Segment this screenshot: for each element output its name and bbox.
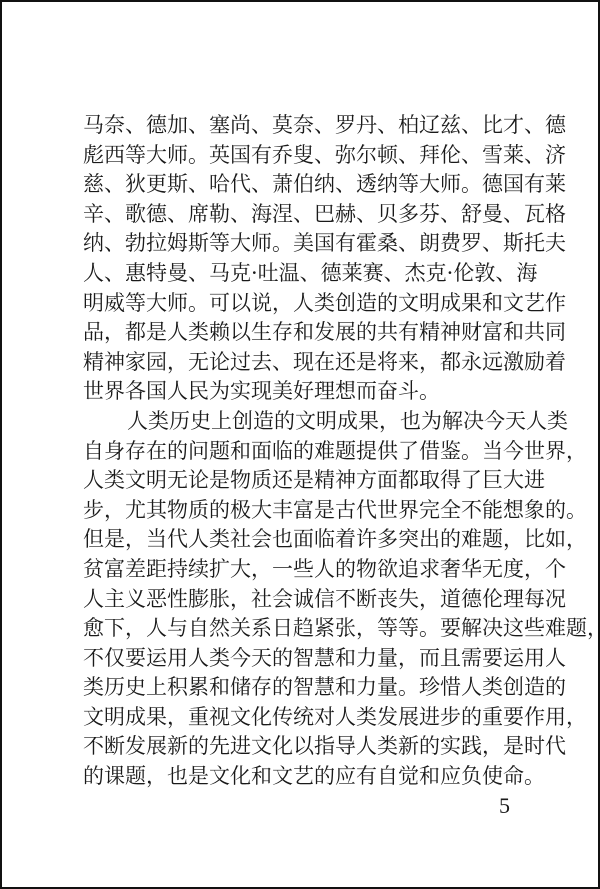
- text-line: 类历史上积累和储存的智慧和力量。珍惜人类创造的: [83, 673, 525, 703]
- text-line: 人类文明无论是物质还是精神方面都取得了巨大进: [83, 466, 525, 496]
- page-number: 5: [499, 793, 510, 819]
- text-line: 精神家园，无论过去、现在还是将来，都永远激励着: [83, 348, 525, 378]
- text-line: 辛、歌德、席勒、海涅、巴赫、贝多芬、舒曼、瓦格: [83, 200, 525, 230]
- text-line: 文明成果，重视文化传统对人类发展进步的重要作用，: [83, 703, 525, 733]
- book-page: 马奈、德加、塞尚、莫奈、罗丹、柏辽兹、比才、德 彪西等大师。英国有乔叟、弥尔顿、…: [0, 0, 600, 889]
- paragraph-1: 马奈、德加、塞尚、莫奈、罗丹、柏辽兹、比才、德 彪西等大师。英国有乔叟、弥尔顿、…: [83, 111, 525, 407]
- text-line: 品，都是人类赖以生存和发展的共有精神财富和共同: [83, 318, 525, 348]
- paragraph-2: 人类历史上创造的文明成果，也为解决今天人类 自身存在的问题和面临的难题提供了借鉴…: [83, 407, 525, 792]
- text-line: 人、惠特曼、马克·吐温、德莱赛、杰克·伦敦、海: [83, 259, 525, 289]
- text-line: 人主义恶性膨胀，社会诚信不断丧失，道德伦理每况: [83, 585, 525, 615]
- text-line: 自身存在的问题和面临的难题提供了借鉴。当今世界，: [83, 437, 525, 467]
- text-line: 纳、勃拉姆斯等大师。美国有霍桑、朗费罗、斯托夫: [83, 229, 525, 259]
- text-line: 世界各国人民为实现美好理想而奋斗。: [83, 377, 525, 407]
- text-line: 彪西等大师。英国有乔叟、弥尔顿、拜伦、雪莱、济: [83, 141, 525, 171]
- text-line: 不仅要运用人类今天的智慧和力量，而且需要运用人: [83, 644, 525, 674]
- body-text: 马奈、德加、塞尚、莫奈、罗丹、柏辽兹、比才、德 彪西等大师。英国有乔叟、弥尔顿、…: [83, 111, 525, 792]
- text-line: 但是，当代人类社会也面临着许多突出的难题，比如，: [83, 525, 525, 555]
- text-line: 的课题，也是文化和文艺的应有自觉和应负使命。: [83, 762, 525, 792]
- text-line: 慈、狄更斯、哈代、萧伯纳、透纳等大师。德国有莱: [83, 170, 525, 200]
- text-line: 步，尤其物质的极大丰富是古代世界完全不能想象的。: [83, 496, 525, 526]
- text-line: 不断发展新的先进文化以指导人类新的实践，是时代: [83, 732, 525, 762]
- text-line: 贫富差距持续扩大，一些人的物欲追求奢华无度，个: [83, 555, 525, 585]
- text-line: 马奈、德加、塞尚、莫奈、罗丹、柏辽兹、比才、德: [83, 111, 525, 141]
- text-line: 愈下，人与自然关系日趋紧张，等等。要解决这些难题，: [83, 614, 525, 644]
- text-line: 明威等大师。可以说，人类创造的文明成果和文艺作: [83, 289, 525, 319]
- text-line: 人类历史上创造的文明成果，也为解决今天人类: [83, 407, 525, 437]
